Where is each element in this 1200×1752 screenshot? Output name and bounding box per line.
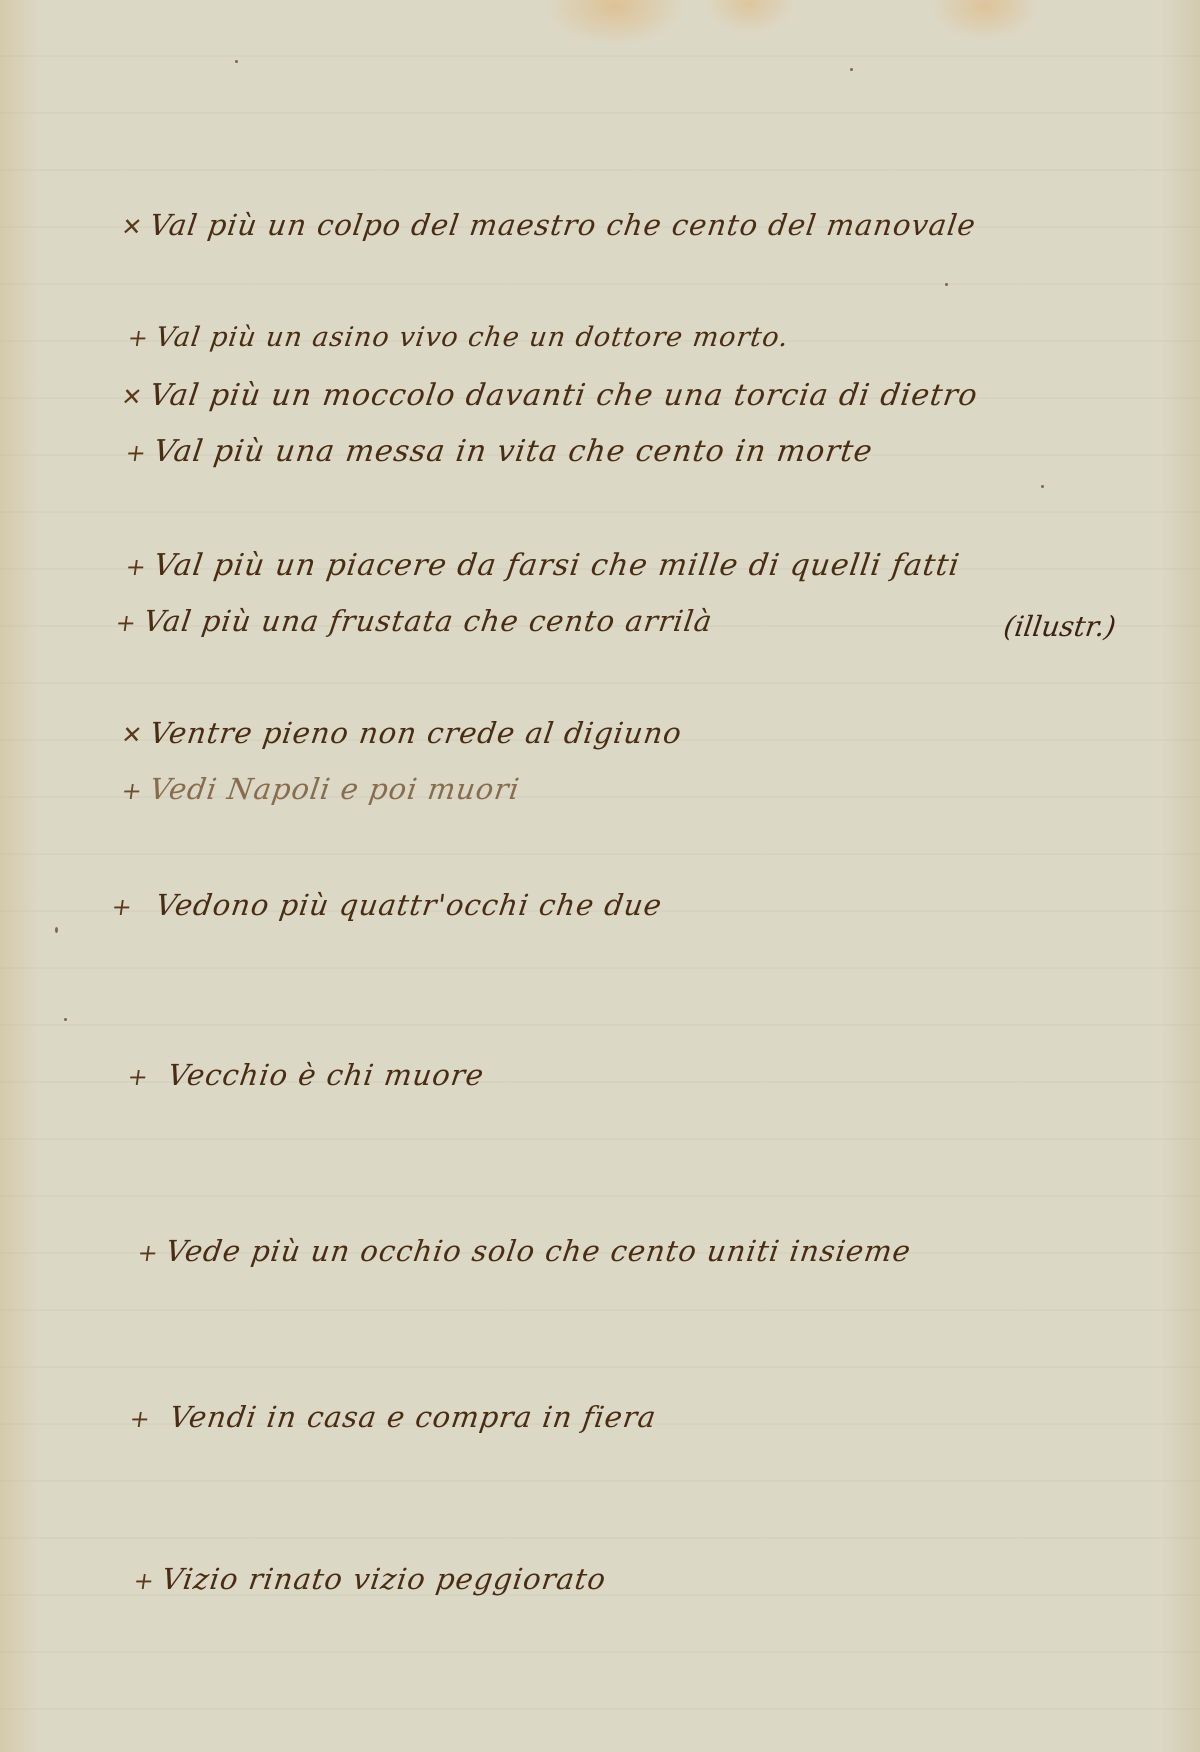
- proverb-text: Vede più un occhio solo che cento uniti …: [164, 1234, 914, 1268]
- proverb-text: Ventre pieno non crede al digiuno: [148, 716, 685, 750]
- cross-mark-icon: +: [128, 1405, 172, 1433]
- check-mark-icon: ✕: [120, 721, 152, 749]
- proverb-line: ✕Ventre pieno non crede al digiuno: [120, 716, 685, 750]
- proverb-text: Vedi Napoli e poi muori: [148, 772, 522, 806]
- cross-mark-icon: +: [110, 893, 158, 921]
- cross-mark-icon: +: [136, 1239, 168, 1267]
- proverb-line: +Val più un piacere da farsi che mille d…: [124, 548, 963, 583]
- proverb-text: Vecchio è chi muore: [166, 1058, 487, 1092]
- paper-speck: [55, 927, 58, 933]
- proverb-text: Val più un colpo del maestro che cento d…: [148, 208, 979, 242]
- proverb-line: +Vecchio è chi muore: [126, 1058, 487, 1092]
- margin-annotation: (illustr.): [1002, 610, 1118, 643]
- proverb-text: Vedono più quattr'occhi che due: [154, 888, 665, 922]
- proverb-line: +Val più una messa in vita che cento in …: [124, 434, 876, 469]
- check-mark-icon: ✕: [120, 383, 152, 411]
- proverb-line: ✕Val più un colpo del maestro che cento …: [120, 208, 979, 242]
- paper-speck: [945, 283, 948, 286]
- proverb-line: +Vede più un occhio solo che cento uniti…: [136, 1234, 914, 1268]
- cross-mark-icon: +: [114, 609, 146, 637]
- paper-speck: [64, 1018, 67, 1021]
- proverb-line: +Vedi Napoli e poi muori: [120, 772, 522, 806]
- proverb-line: +Vendi in casa e compra in fiera: [128, 1400, 659, 1434]
- proverb-line: +Vedono più quattr'occhi che due: [110, 888, 665, 922]
- proverb-line: +Val più una frustata che cento arrilà: [114, 604, 715, 638]
- proverb-text: Val più una frustata che cento arrilà: [142, 604, 715, 638]
- proverb-text: Vizio rinato vizio peggiorato: [160, 1562, 609, 1596]
- paper-speck: [235, 60, 238, 63]
- cross-mark-icon: +: [126, 324, 158, 352]
- cross-mark-icon: +: [120, 777, 152, 805]
- manuscript-page: ✕Val più un colpo del maestro che cento …: [0, 0, 1200, 1752]
- proverb-line: ✕Val più un moccolo davanti che una torc…: [120, 378, 981, 413]
- proverb-line: +Vizio rinato vizio peggiorato: [132, 1562, 609, 1596]
- proverb-text: Val più un moccolo davanti che una torci…: [148, 378, 981, 413]
- proverb-text: Vendi in casa e compra in fiera: [168, 1400, 659, 1434]
- paper-speck: [1041, 485, 1044, 488]
- paper-speck: [850, 68, 853, 71]
- check-mark-icon: ✕: [120, 213, 152, 241]
- cross-mark-icon: +: [126, 1063, 170, 1091]
- proverb-text: Val più una messa in vita che cento in m…: [152, 434, 876, 469]
- proverb-text: Val più un piacere da farsi che mille di…: [152, 548, 963, 583]
- proverb-text: Val più un asino vivo che un dottore mor…: [154, 322, 791, 353]
- proverb-line: +Val più un asino vivo che un dottore mo…: [126, 322, 791, 353]
- cross-mark-icon: +: [124, 439, 156, 467]
- cross-mark-icon: +: [124, 553, 156, 581]
- cross-mark-icon: +: [132, 1567, 164, 1595]
